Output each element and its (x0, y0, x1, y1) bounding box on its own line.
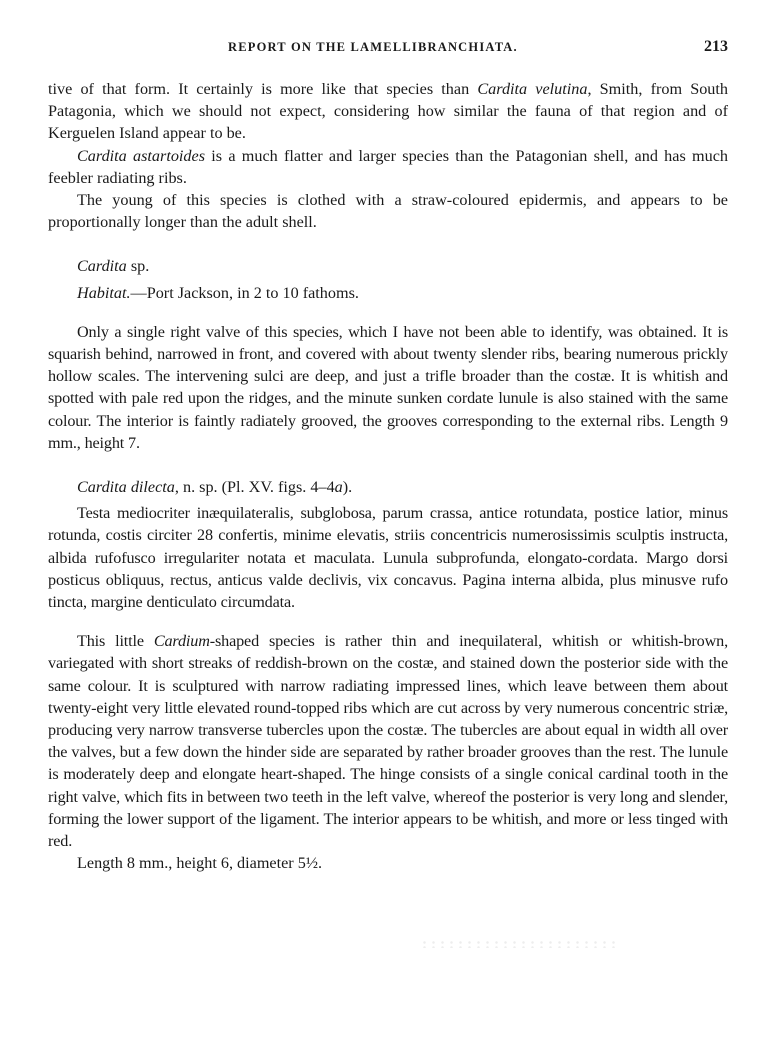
intro-paragraph-2: Cardita astartoides is a much flatter an… (48, 145, 728, 189)
page-header: REPORT ON THE LAMELLIBRANCHIATA. 213 (48, 40, 728, 64)
intro-paragraph-3: The young of this species is clothed wit… (48, 189, 728, 233)
english-description: This little Cardium-shaped species is ra… (48, 630, 728, 852)
intro-paragraph-1: tive of that form. It certainly is more … (48, 78, 728, 145)
habitat-label: Habitat. (77, 284, 131, 302)
habitat-line: Habitat.—Port Jackson, in 2 to 10 fathom… (48, 282, 728, 304)
page-body: tive of that form. It certainly is more … (48, 78, 728, 875)
measurements: Length 8 mm., height 6, diameter 5½. (48, 852, 728, 874)
scan-speckle (420, 940, 620, 948)
species-name: Cardita velutina (477, 80, 587, 98)
page-number: 213 (704, 38, 728, 56)
running-title: REPORT ON THE LAMELLIBRANCHIATA. (228, 40, 518, 55)
latin-diagnosis: Testa mediocriter inæquilateralis, subgl… (48, 502, 728, 613)
section-heading-cardita-dilecta: Cardita dilecta, n. sp. (Pl. XV. figs. 4… (48, 476, 728, 498)
cardita-sp-description: Only a single right valve of this specie… (48, 321, 728, 454)
section-heading-cardita-sp: Cardita sp. (48, 255, 728, 277)
species-name: Cardita astartoides (77, 147, 205, 165)
